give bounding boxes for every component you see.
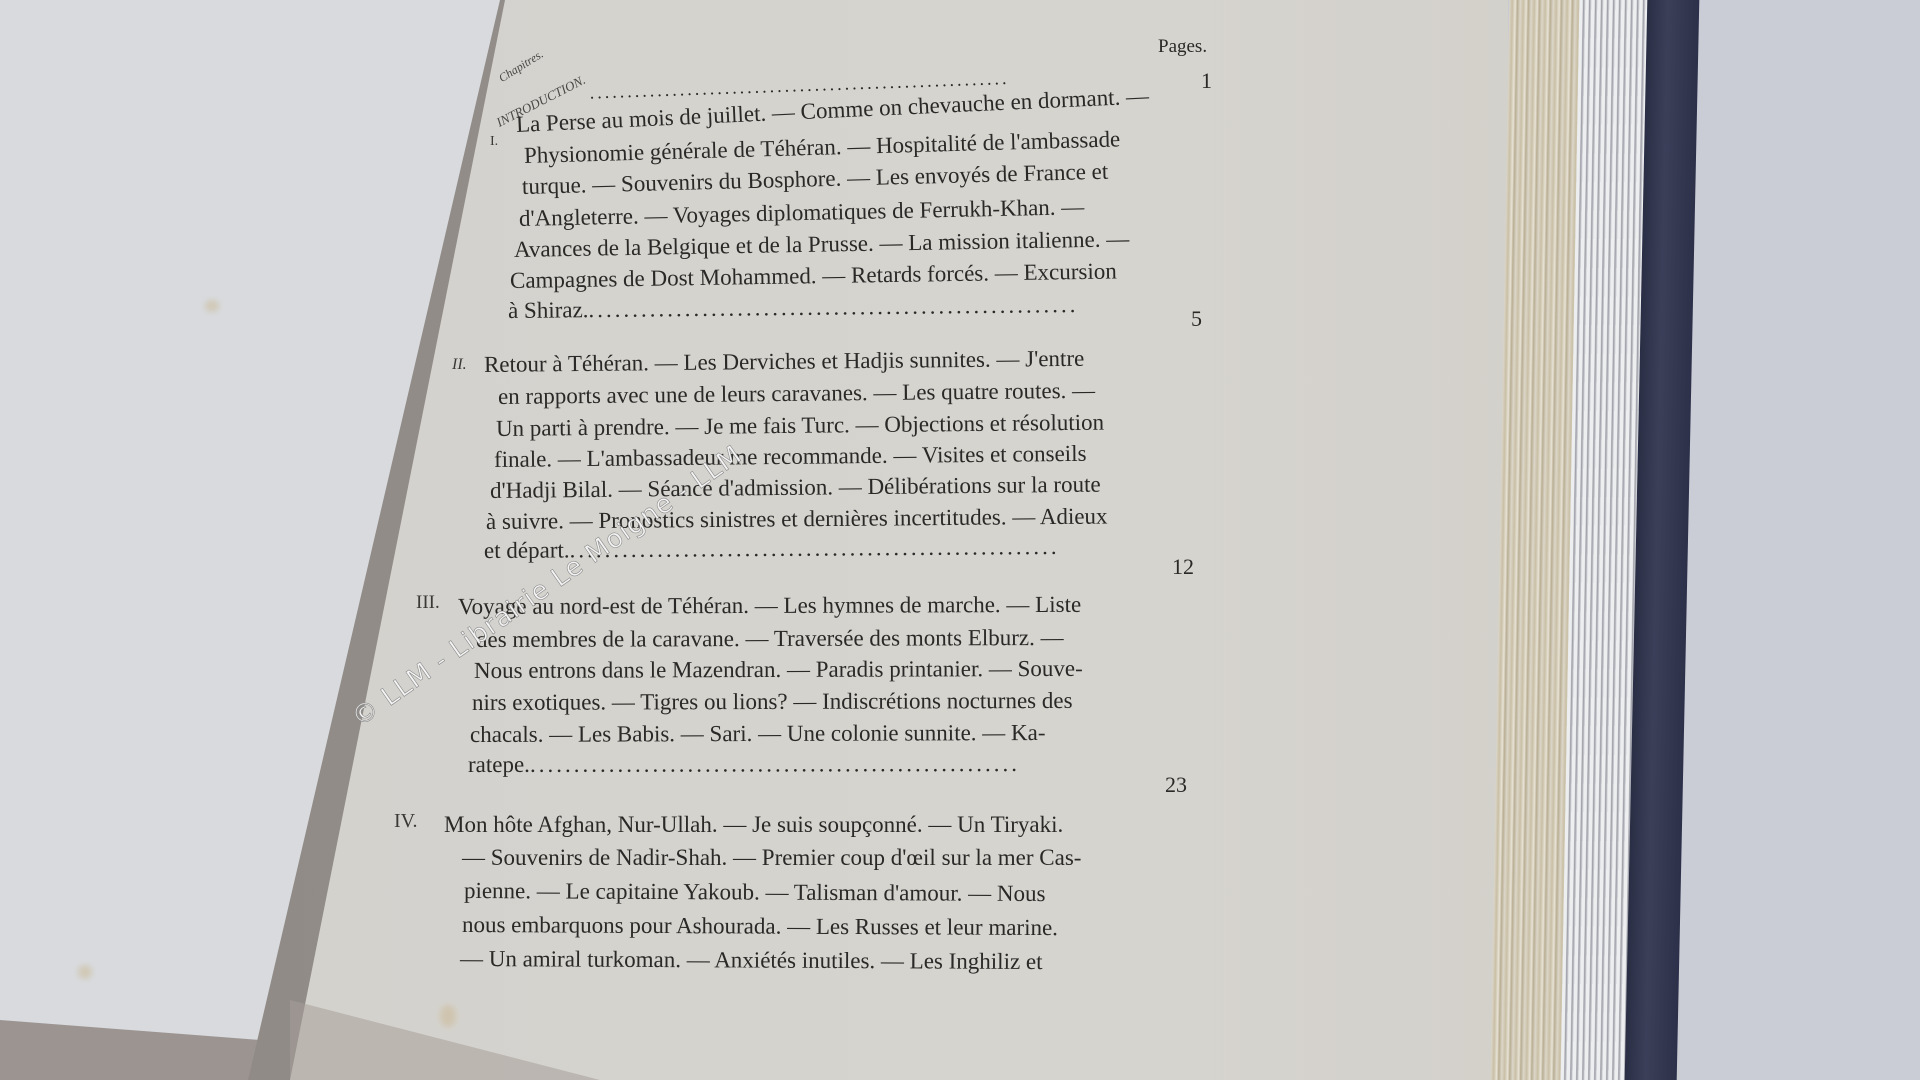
chapter-line: Retour à Téhéran. — Les Derviches et Had… xyxy=(484,346,1085,378)
page-number: 1 xyxy=(1201,68,1212,94)
chapter-line: pienne. — Le capitaine Yakoub. — Talisma… xyxy=(464,878,1046,907)
chapter-numeral: III. xyxy=(416,592,440,614)
chapter-line: en rapports avec une de leurs caravanes.… xyxy=(498,378,1095,410)
leader-dots: ........................................… xyxy=(588,291,1148,323)
chapter-numeral: IV. xyxy=(394,810,418,833)
chapter-line: nirs exotiques. — Tigres ou lions? — Ind… xyxy=(472,688,1073,716)
chapter-numeral: I. xyxy=(490,134,498,150)
table-of-contents: Chapitres. Pages. INTRODUCTION..........… xyxy=(0,0,1920,1080)
pages-column-header: Pages. xyxy=(1158,36,1207,58)
chapter-line: ratepe..................................… xyxy=(468,751,1110,778)
page-number: 12 xyxy=(1172,554,1194,580)
chapter-line: — Un amiral turkoman. — Anxiétés inutile… xyxy=(460,946,1043,975)
chapter-line: à suivre. — Pronostics sinistres et dern… xyxy=(486,504,1108,535)
chapter-line: chacals. — Les Babis. — Sari. — Une colo… xyxy=(470,720,1046,748)
leader-dots: ........................................… xyxy=(530,751,1110,778)
chapter-numeral: II. xyxy=(452,356,467,374)
chapter-line: Campagnes de Dost Mohammed. — Retards fo… xyxy=(510,258,1117,294)
chapter-line: à Shiraz................................… xyxy=(508,291,1149,324)
leader-dots: ........................................… xyxy=(569,533,1129,563)
chapter-line-end: à Shiraz. xyxy=(508,297,589,323)
page-number: 5 xyxy=(1191,306,1202,332)
page-number: 23 xyxy=(1165,772,1187,798)
chapter-line: Avances de la Belgique et de la Prusse. … xyxy=(514,226,1130,263)
chapters-column-header: Chapitres. xyxy=(496,47,546,86)
chapter-line: Nous entrons dans le Mazendran. — Paradi… xyxy=(474,656,1083,684)
chapter-line-end: et départ. xyxy=(484,537,570,563)
chapter-line: nous embarquons pour Ashourada. — Les Ru… xyxy=(462,912,1058,941)
chapter-line: d'Hadji Bilal. — Séance d'admission. — D… xyxy=(490,472,1101,504)
chapter-line: — Souvenirs de Nadir-Shah. — Premier cou… xyxy=(462,845,1081,871)
chapter-line: d'Angleterre. — Voyages diplomatiques de… xyxy=(519,194,1085,232)
chapter-line-end: ratepe. xyxy=(468,752,530,777)
chapter-line: Mon hôte Afghan, Nur-Ullah. — Je suis so… xyxy=(444,812,1063,838)
chapter-line: finale. — L'ambassadeur me recommande. —… xyxy=(494,441,1087,473)
chapter-line: Un parti à prendre. — Je me fais Turc. —… xyxy=(496,410,1104,442)
chapter-line: des membres de la caravane. — Traversée … xyxy=(476,625,1064,653)
